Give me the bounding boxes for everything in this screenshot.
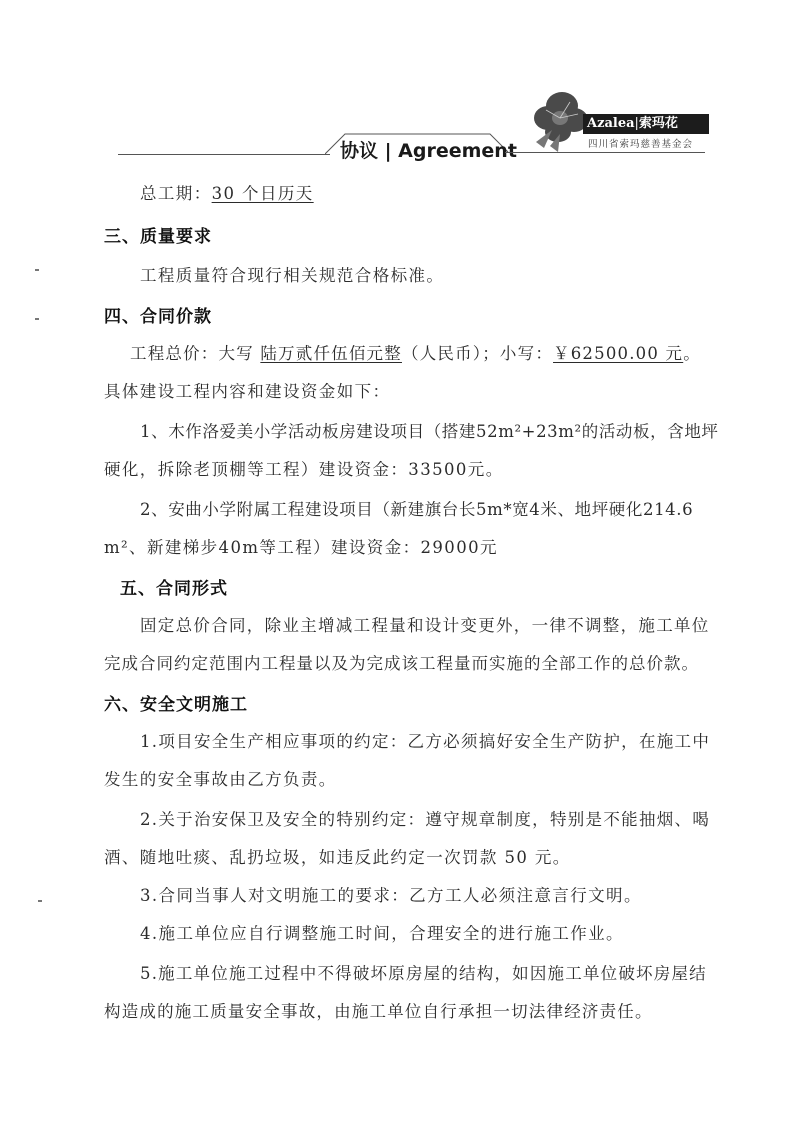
section-4-intro: 具体建设工程内容和建设资金如下：: [104, 378, 390, 402]
duration-value: 30 个日历天: [212, 184, 314, 203]
header-rule-left: [118, 154, 330, 155]
duration-label: 总工期：: [140, 184, 212, 203]
project-1-line-2: 硬化，拆除老顶棚等工程）建设资金：33500元。: [104, 456, 504, 480]
price-prefix: 工程总价：大写: [130, 344, 260, 363]
logo-brand-en: Azalea: [587, 116, 635, 131]
section-6-heading: 六、安全文明施工: [104, 690, 248, 715]
scan-margin-mark: [35, 269, 39, 271]
price-suffix: 。: [683, 344, 701, 363]
safety-item-2-line-2: 酒、随地吐痰、乱扔垃圾，如违反此约定一次罚款 50 元。: [104, 844, 571, 868]
logo-org-name: 四川省索玛慈善基金会: [588, 136, 693, 150]
price-amount-words: 陆万贰仟伍佰元整: [260, 344, 402, 363]
safety-item-1-line-1: 1.项目安全生产相应事项的约定：乙方必须搞好安全生产防护，在施工中: [140, 728, 710, 752]
page-header: 协议 | Agreement Aza: [0, 0, 800, 180]
section-3-text: 工程质量符合现行相关规范合格标准。: [140, 262, 444, 286]
logo-brand-badge: Azalea|索玛花: [583, 114, 709, 134]
safety-item-4: 4.施工单位应自行调整施工时间，合理安全的进行施工作业。: [140, 920, 624, 944]
safety-item-3: 3.合同当事人对文明施工的要求：乙方工人必须注意言行文明。: [140, 882, 642, 906]
header-title: 协议 | Agreement: [340, 136, 517, 163]
project-2-line-1: 2、安曲小学附属工程建设项目（新建旗台长5m*宽4米、地坪硬化214.6: [140, 496, 693, 520]
project-2-line-2: m²、新建梯步40m等工程）建设资金：29000元: [104, 534, 498, 558]
safety-item-2-line-1: 2.关于治安保卫及安全的特别约定：遵守规章制度，特别是不能抽烟、喝: [140, 806, 710, 830]
contract-price-line: 工程总价：大写 陆万贰仟伍佰元整（人民币）；小写：￥62500.00 元。: [130, 340, 701, 364]
price-amount-figures: ￥62500.00 元: [553, 344, 683, 363]
scan-margin-mark: [38, 900, 42, 902]
safety-item-1-line-2: 发生的安全事故由乙方负责。: [104, 766, 337, 790]
section-5-line-1: 固定总价合同，除业主增减工程量和设计变更外，一律不调整，施工单位: [140, 612, 710, 636]
section-3-heading: 三、质量要求: [104, 222, 212, 247]
section-5-heading: 五、合同形式: [120, 574, 228, 599]
safety-item-5-line-1: 5.施工单位施工过程中不得破坏原房屋的结构，如因施工单位破坏房屋结: [140, 960, 707, 984]
logo-brand-cn: 索玛花: [639, 116, 678, 131]
section-4-heading: 四、合同价款: [104, 302, 212, 327]
safety-item-5-line-2: 构造成的施工质量安全事故，由施工单位自行承担一切法律经济责任。: [104, 998, 653, 1022]
document-page: 协议 | Agreement Aza: [0, 0, 800, 1135]
project-1-line-1: 1、木作洛爱美小学活动板房建设项目（搭建52m²+23m²的活动板，含地坪: [140, 418, 719, 442]
scan-margin-mark: [35, 318, 39, 320]
section-5-line-2: 完成合同约定范围内工程量以及为完成该工程量而实施的全部工作的总价款。: [104, 650, 699, 674]
duration-line: 总工期：30 个日历天: [140, 180, 314, 204]
foundation-logo: Azalea|索玛花 四川省索玛慈善基金会: [530, 84, 710, 154]
price-middle: （人民币）；小写：: [402, 344, 553, 363]
